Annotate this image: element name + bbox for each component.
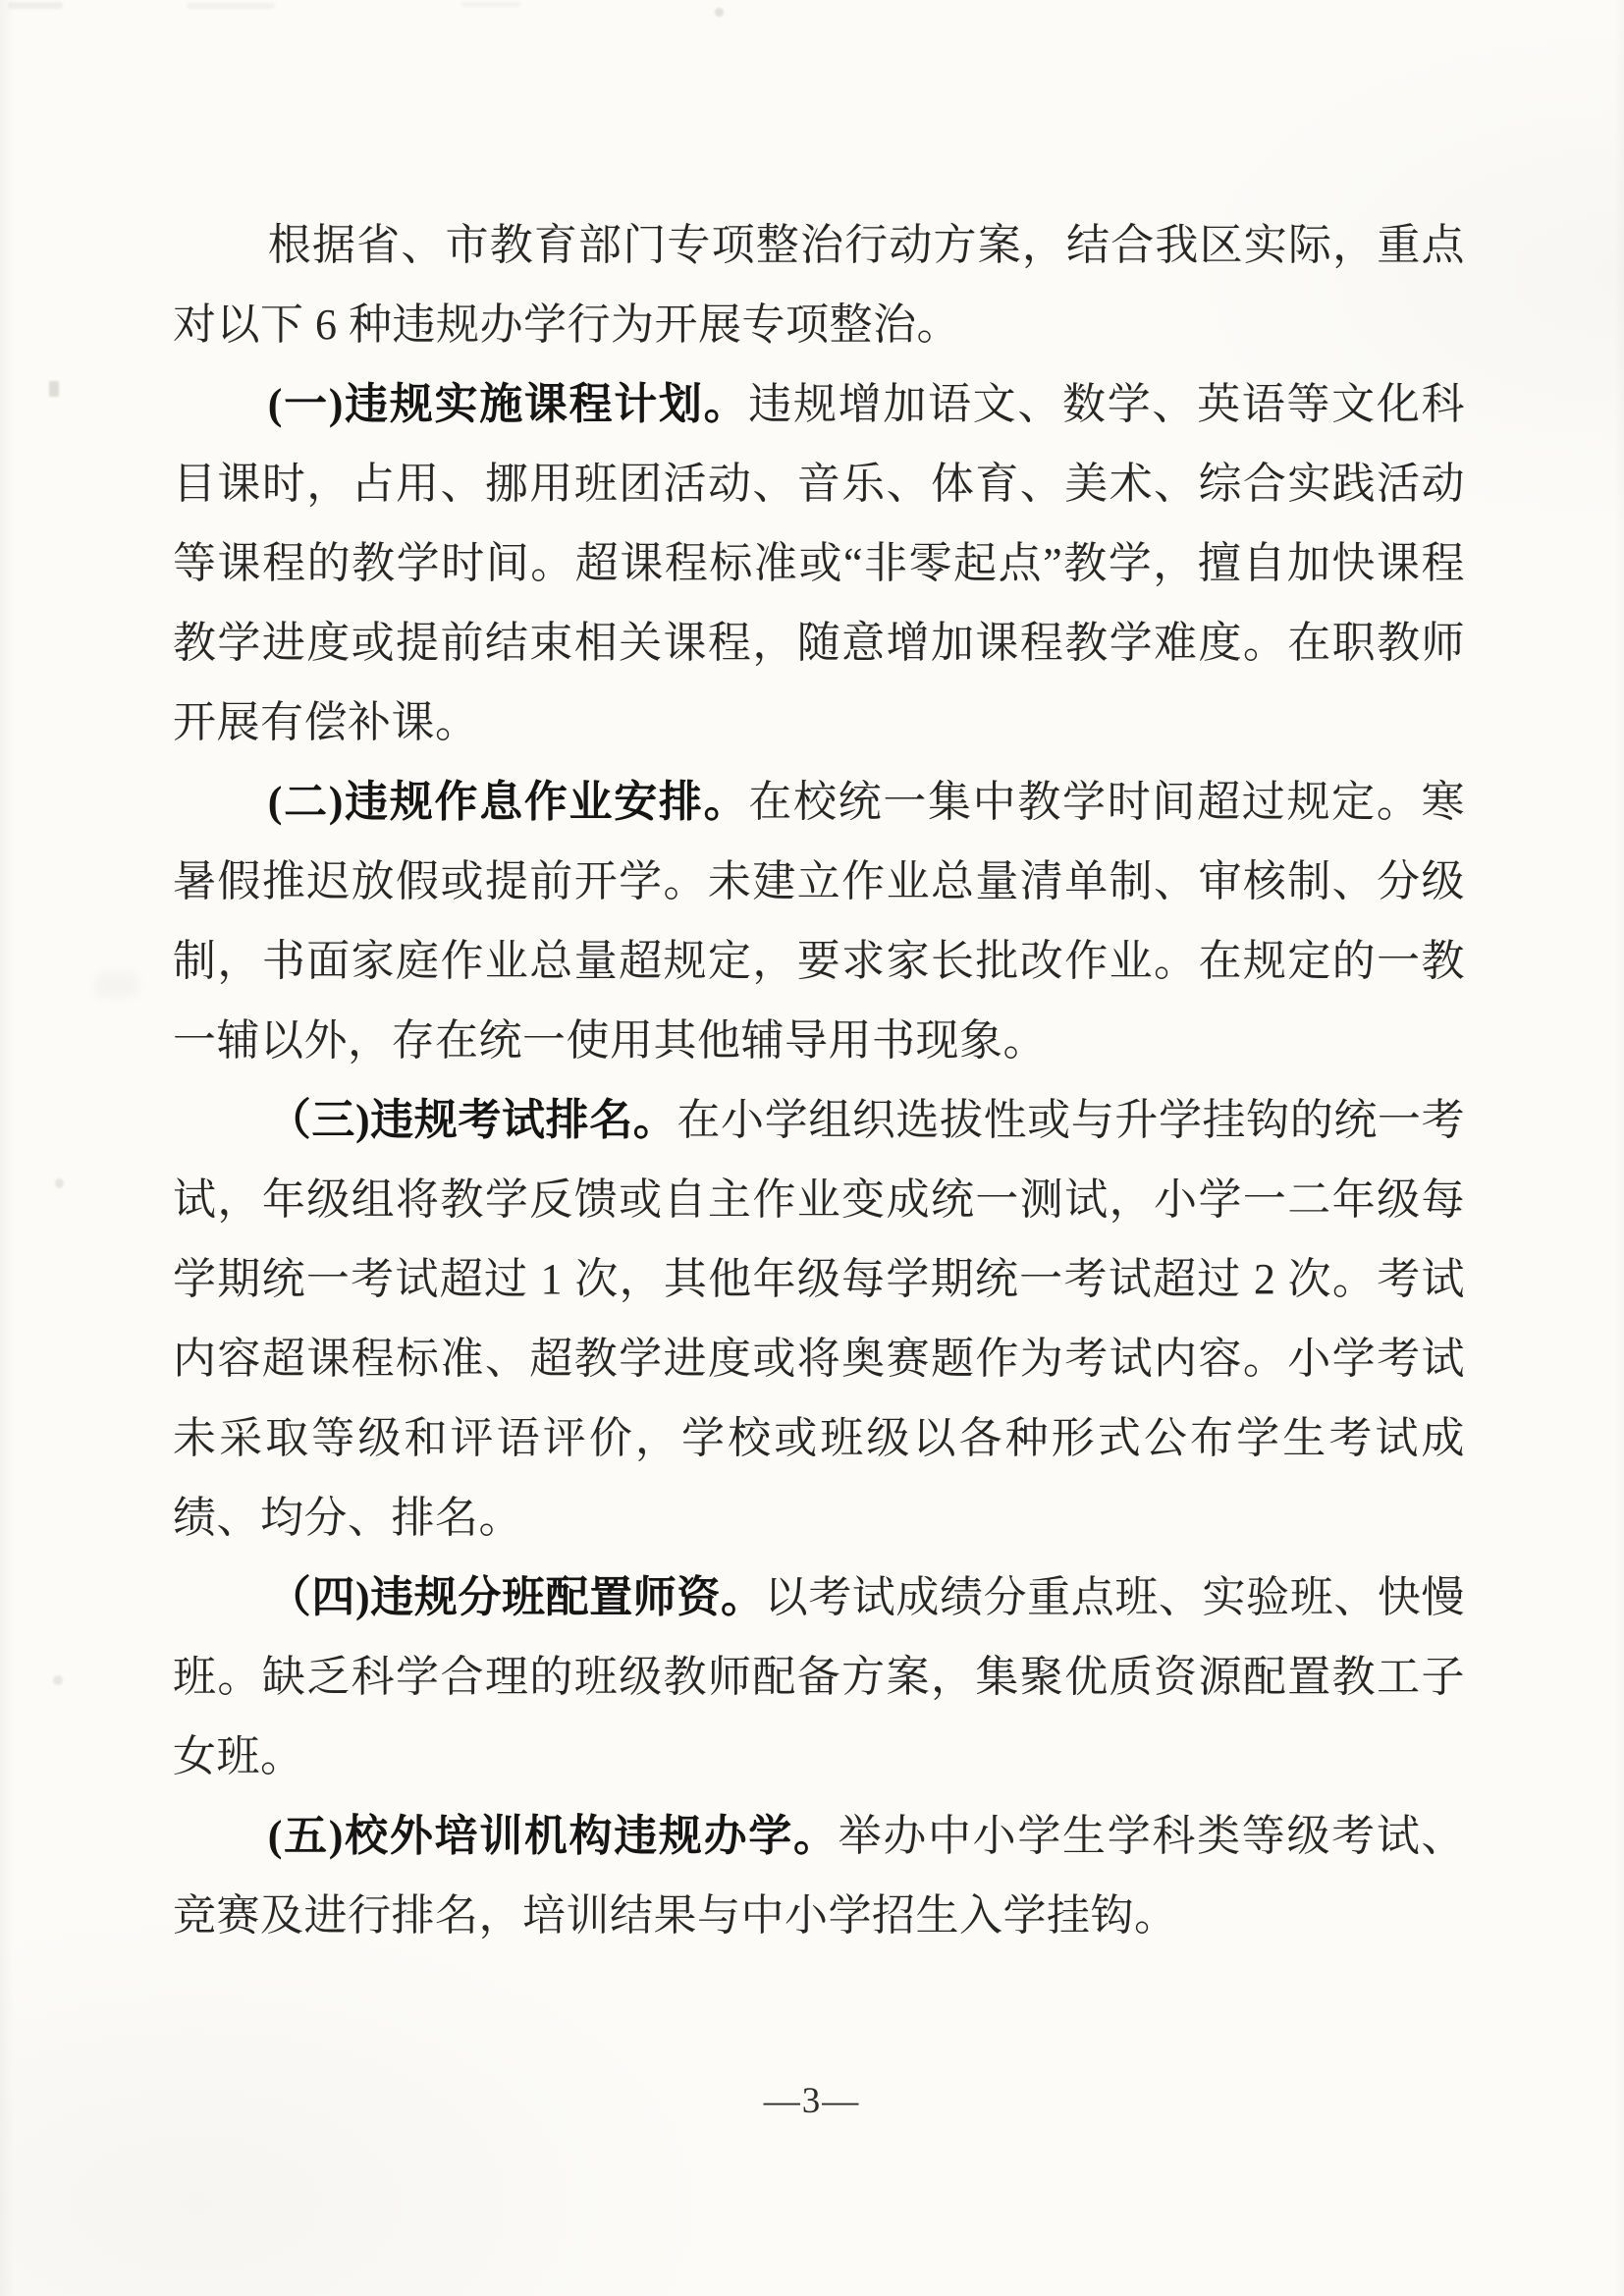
paragraph-item-2: (二)违规作息作业安排。在校统一集中教学时间超过规定。寒暑假推迟放假或提前开学。… bbox=[173, 762, 1465, 1080]
paragraph-text: 违规增加语文、数学、英语等文化科目课时，占用、挪用班团活动、音乐、体育、美术、综… bbox=[173, 380, 1465, 746]
page-number: —3— bbox=[0, 2080, 1624, 2122]
scan-speck bbox=[55, 1178, 64, 1188]
paragraph-item-3: （三)违规考试排名。在小学组织选拔性或与升学挂钩的统一考试，年级组将教学反馈或自… bbox=[173, 1080, 1465, 1558]
paragraph-item-5: (五)校外培训机构违规办学。举办中小学生学科类等级考试、竞赛及进行排名，培训结果… bbox=[173, 1796, 1465, 1955]
scan-speck bbox=[94, 972, 139, 998]
paragraph-heading: (二)违规作息作业安排。 bbox=[268, 778, 748, 826]
paragraph-item-1: (一)违规实施课程计划。违规增加语文、数学、英语等文化科目课时，占用、挪用班团活… bbox=[173, 364, 1465, 762]
paragraph-item-4: （四)违规分班配置师资。以考试成绩分重点班、实验班、快慢班。缺乏科学合理的班级教… bbox=[173, 1558, 1465, 1796]
scan-speck bbox=[715, 8, 724, 17]
scan-speck bbox=[49, 381, 59, 397]
scan-speck bbox=[8, 2, 63, 9]
paragraph-heading: （三)违规考试排名。 bbox=[268, 1096, 677, 1144]
paragraph-intro: 根据省、市教育部门专项整治行动方案，结合我区实际，重点对以下 6 种违规办学行为… bbox=[173, 205, 1465, 364]
scan-speck bbox=[461, 2, 520, 7]
paragraph-text: 根据省、市教育部门专项整治行动方案，结合我区实际，重点对以下 6 种违规办学行为… bbox=[173, 221, 1465, 349]
paragraph-heading: (五)校外培训机构违规办学。 bbox=[268, 1812, 839, 1860]
paragraph-heading: （四)违规分班配置师资。 bbox=[268, 1573, 765, 1621]
scanned-document-page: 根据省、市教育部门专项整治行动方案，结合我区实际，重点对以下 6 种违规办学行为… bbox=[0, 0, 1624, 2296]
scan-speck bbox=[53, 1675, 63, 1685]
scan-speck bbox=[187, 3, 275, 9]
paragraph-text: 在小学组织选拔性或与升学挂钩的统一考试，年级组将教学反馈或自主作业变成统一测试，… bbox=[173, 1096, 1465, 1542]
document-body: 根据省、市教育部门专项整治行动方案，结合我区实际，重点对以下 6 种违规办学行为… bbox=[173, 205, 1465, 1955]
paragraph-heading: (一)违规实施课程计划。 bbox=[268, 380, 748, 428]
